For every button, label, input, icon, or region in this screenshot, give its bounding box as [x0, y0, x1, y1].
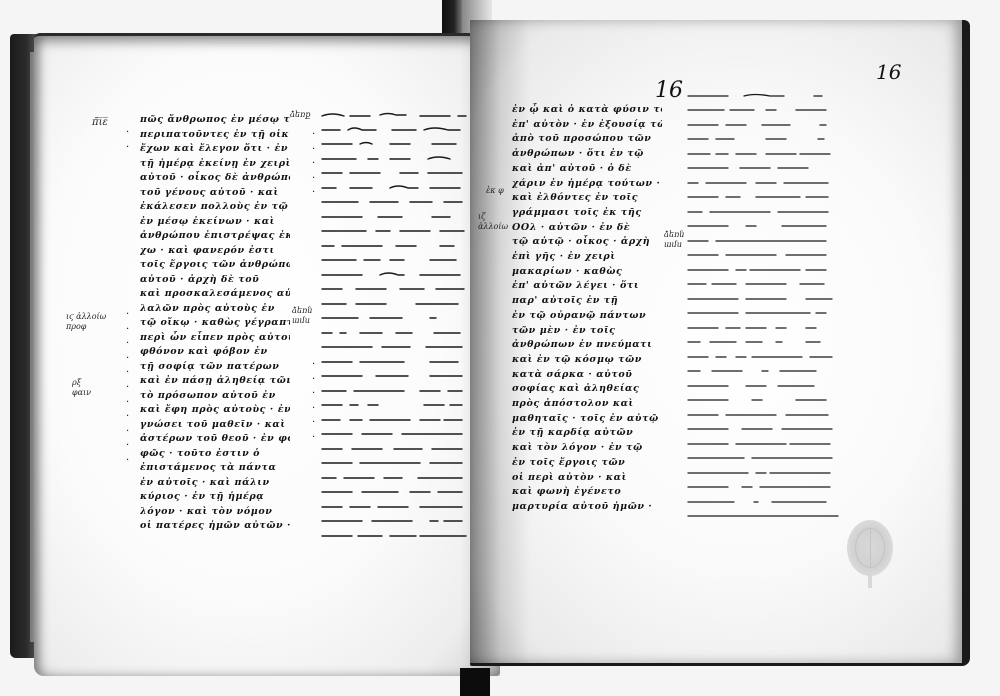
right-page-column-1: ἐν ᾧ καὶ ὁ κατὰ φύσιν τῶν ἐπ' αὐτὸν · ἐν… — [512, 103, 662, 515]
text-line: κατὰ σάρκα · αὐτοῦ — [512, 368, 662, 383]
marginal-note-5: ձեռն ամս — [292, 306, 322, 326]
text-line: γνώσει τοῦ μαθεῖν · καὶ τὸ — [140, 418, 290, 433]
marginal-note-6: ἐκ φ — [486, 186, 514, 196]
left-col1-bullets-top: ·· — [126, 126, 129, 155]
text-line: περὶ ὧν εἶπεν πρὸς αὐτοὺς — [140, 331, 290, 346]
text-line: ἐν αὐτοῖς · καὶ πάλιν — [140, 476, 290, 491]
text-line: παρ' αὐτοῖς ἐν τῇ — [512, 294, 662, 309]
text-line: πρὸς ἀπόστολον καὶ — [512, 397, 662, 412]
text-line: ἐκάλεσεν πολλοὺς ἐν τῷ — [140, 200, 290, 215]
text-line: ἀνθρώπων ἐν πνεύματι — [512, 338, 662, 353]
library-stamp-tail — [868, 572, 872, 588]
text-line: ἐν τοῖς ἔργοις τῶν — [512, 456, 662, 471]
left-page-column-2 — [320, 108, 470, 553]
text-line: ἀνθρώπων · ὅτι ἐν τῷ — [512, 147, 662, 162]
text-line: κύριος · ἐν τῇ ἡμέρᾳ — [140, 490, 290, 505]
text-line: τὸ πρόσωπον αὐτοῦ ἐν — [140, 389, 290, 404]
text-line: τοῖς ἔργοις τῶν ἀνθρώπων — [140, 258, 290, 273]
text-line: πῶς ἄνθρωπος ἐν μέσῳ τῶν · οἱ — [140, 113, 290, 128]
text-line: ἀστέρων τοῦ θεοῦ · ἐν φωτὶ — [140, 432, 290, 447]
text-line: καὶ φωνὴ ἐγένετο — [512, 485, 662, 500]
text-line: φῶς · τοῦτο ἐστιν ὁ — [140, 447, 290, 462]
spine-bottom — [460, 668, 490, 696]
spine-top — [442, 0, 462, 36]
text-line: ἐν ᾧ καὶ ὁ κατὰ φύσιν τῶν — [512, 103, 662, 118]
library-stamp — [847, 520, 893, 576]
text-line: μαθηταῖς · τοῖς ἐν αὐτῷ — [512, 412, 662, 427]
marginal-note-1: π̄ι̅ε̅ — [92, 118, 108, 128]
text-line: ΟΟλ · αὐτῶν · ἐν δὲ — [512, 221, 662, 236]
text-line: χάριν ἐν ἡμέρᾳ τούτων · — [512, 177, 662, 192]
text-line: ἐπὶ γῆς · ἐν χειρὶ — [512, 250, 662, 265]
text-line: καὶ τὸν λόγον · ἐν τῷ — [512, 441, 662, 456]
text-line: ἐν τῷ οὐρανῷ πάντων — [512, 309, 662, 324]
marginal-note-2: ιϛ ἀλλοίω προφ — [66, 312, 116, 332]
text-line: τῇ σοφίᾳ τῶν πατέρων — [140, 360, 290, 375]
text-line: καὶ ἐν τῷ κόσμῳ τῶν — [512, 353, 662, 368]
text-line: καὶ προσκαλεσάμενος αὐτοὺς — [140, 287, 290, 302]
text-line: τῷ οἴκῳ · καθὼς γέγραπται — [140, 316, 290, 331]
text-line: οἱ πατέρες ἡμῶν αὐτῶν · — [140, 519, 290, 534]
text-line: μακαρίων · καθὼς — [512, 265, 662, 280]
text-line: λόγον · καὶ τὸν νόμον — [140, 505, 290, 520]
left-col2-bullets-top: ····· — [312, 128, 315, 201]
folio-number-pencil: 16 — [655, 78, 683, 103]
text-line: γράμμασι τοῖς ἐκ τῆς — [512, 206, 662, 221]
text-line: λαλῶν πρὸς αὐτοὺς ἐν — [140, 302, 290, 317]
text-line: ἐπ' αὐτῶν λέγει · ὅτι — [512, 279, 662, 294]
marginal-note-4: ձեռք — [290, 110, 320, 120]
text-line: ἐν μέσῳ ἐκείνων · καὶ — [140, 215, 290, 230]
text-line: οἱ περὶ αὐτὸν · καὶ — [512, 471, 662, 486]
manuscript-scan: π̄ι̅ε̅ ιϛ ἀλλοίω προφ ρξ̄ φαιν ձեռք ձեռն… — [0, 0, 1000, 696]
text-line: καὶ ἔφη πρὸς αὐτοὺς · ἐν — [140, 403, 290, 418]
text-line: ἀπὸ τοῦ προσώπου τῶν — [512, 132, 662, 147]
text-line: ἐπιστάμενος τὰ πάντα — [140, 461, 290, 476]
text-line: ἐπ' αὐτὸν · ἐν ἐξουσίᾳ τῶν — [512, 118, 662, 133]
text-line: αὐτοῦ · οἶκος δὲ ἀνθρώπου — [140, 171, 290, 186]
marginal-note-7: ιζ ἀλλοίω — [478, 212, 514, 232]
text-line: τῶν μὲν · ἐν τοῖς — [512, 324, 662, 339]
text-line: φθόνον καὶ φόβον ἐν — [140, 345, 290, 360]
text-line: ἀνθρώπου ἐπιστρέψας ἐκ — [140, 229, 290, 244]
left-col1-bullets-mid: ··········· — [126, 308, 129, 469]
text-line: τοῦ γένους αὐτοῦ · καὶ — [140, 186, 290, 201]
text-line: καὶ ἐν πάσῃ ἀληθείᾳ τῶν — [140, 374, 290, 389]
folio-number: 16 — [876, 60, 901, 84]
text-line: καὶ ἐλθόντες ἐν τοῖς — [512, 191, 662, 206]
left-page-column-1: πῶς ἄνθρωπος ἐν μέσῳ τῶν · οἱ περιπατοῦν… — [140, 113, 290, 534]
text-line: περιπατοῦντες ἐν τῇ οἰκίᾳ · — [140, 128, 290, 143]
text-line: χω · καὶ φανερόν ἐστι — [140, 244, 290, 259]
left-col2-bullets-mid: ······ — [312, 358, 315, 446]
marginal-note-3: ρξ̄ φαιν — [72, 378, 102, 398]
text-line: τῇ ἡμέρᾳ ἐκείνῃ ἐν χειρὶ — [140, 157, 290, 172]
text-line: ἐν τῇ καρδίᾳ αὐτῶν — [512, 426, 662, 441]
text-line: τῷ αὐτῷ · οἶκος · ἀρχὴ — [512, 235, 662, 250]
text-line: ἔχων καὶ ἔλεγον ὅτι · ἐν — [140, 142, 290, 157]
text-line: αὐτοῦ · ἀρχὴ δὲ τοῦ — [140, 273, 290, 288]
text-line: σοφίας καὶ ἀληθείας — [512, 382, 662, 397]
text-line: μαρτυρία αὐτοῦ ἡμῶν · — [512, 500, 662, 515]
text-line: καὶ ἀπ' αὐτοῦ · ὁ δὲ — [512, 162, 662, 177]
right-page-column-2 — [686, 88, 856, 533]
